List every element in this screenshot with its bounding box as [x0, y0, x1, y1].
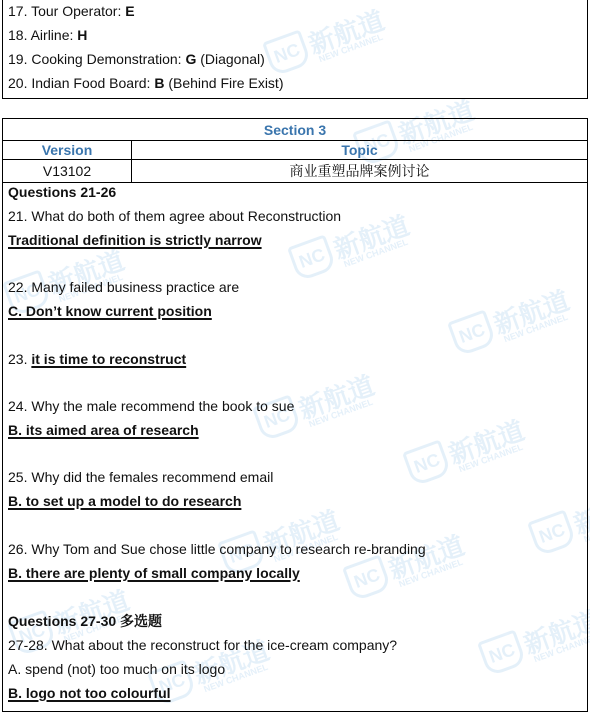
answer-21: Traditional definition is strictly narro…: [8, 231, 262, 249]
answer-item-20: 20. Indian Food Board: B (Behind Fire Ex…: [8, 74, 284, 92]
questions-27-30-heading: Questions 27-30 多选题: [8, 612, 162, 630]
item-answer: G: [185, 51, 196, 67]
item-note: (Diagonal): [196, 51, 264, 67]
questions-21-26-heading: Questions 21-26: [8, 183, 116, 201]
item-label: 18. Airline:: [8, 27, 77, 43]
option-a: A. spend (not) too much on its logo: [8, 660, 225, 678]
version-header: Version: [42, 142, 93, 158]
question-22: 22. Many failed business practice are: [8, 278, 239, 296]
item-label: 20. Indian Food Board:: [8, 75, 154, 91]
question-21: 21. What do both of them agree about Rec…: [8, 207, 341, 225]
version-value: V13102: [43, 163, 91, 179]
answer-item-18: 18. Airline: H: [8, 26, 87, 44]
answer-item-19: 19. Cooking Demonstration: G (Diagonal): [8, 50, 265, 68]
topic-header: Topic: [341, 142, 377, 158]
question-23: 23. it is time to reconstruct: [8, 350, 186, 368]
item-label: 19. Cooking Demonstration:: [8, 51, 185, 67]
answer-item-17: 17. Tour Operator: E: [8, 2, 135, 20]
section-title-row: Section 3: [3, 119, 587, 141]
item-answer: E: [125, 3, 134, 19]
topic-value: 商业重塑品牌案例讨论: [290, 161, 430, 181]
answer-27-28-b: B. logo not too colourful: [8, 684, 171, 702]
question-24: 24. Why the male recommend the book to s…: [8, 397, 294, 415]
answer-25: B. to set up a model to do research: [8, 492, 241, 510]
item-answer: H: [77, 27, 87, 43]
table-header-row: Version Topic: [3, 141, 587, 160]
table-row: V13102 商业重塑品牌案例讨论: [3, 160, 587, 183]
answer-22: C. Don’t know current position: [8, 302, 212, 320]
item-note: (Behind Fire Exist): [164, 75, 283, 91]
question-number: 23.: [8, 351, 31, 367]
answer-24: B. its aimed area of research: [8, 421, 199, 439]
item-answer: B: [154, 75, 164, 91]
question-27-28: 27-28. What about the reconstruct for th…: [8, 636, 397, 654]
item-label: 17. Tour Operator:: [8, 3, 125, 19]
section-title: Section 3: [264, 122, 326, 138]
question-26: 26. Why Tom and Sue chose little company…: [8, 540, 426, 558]
answer-26: B. there are plenty of small company loc…: [8, 564, 300, 582]
question-25: 25. Why did the females recommend email: [8, 468, 273, 486]
answer-23: it is time to reconstruct: [31, 351, 186, 367]
